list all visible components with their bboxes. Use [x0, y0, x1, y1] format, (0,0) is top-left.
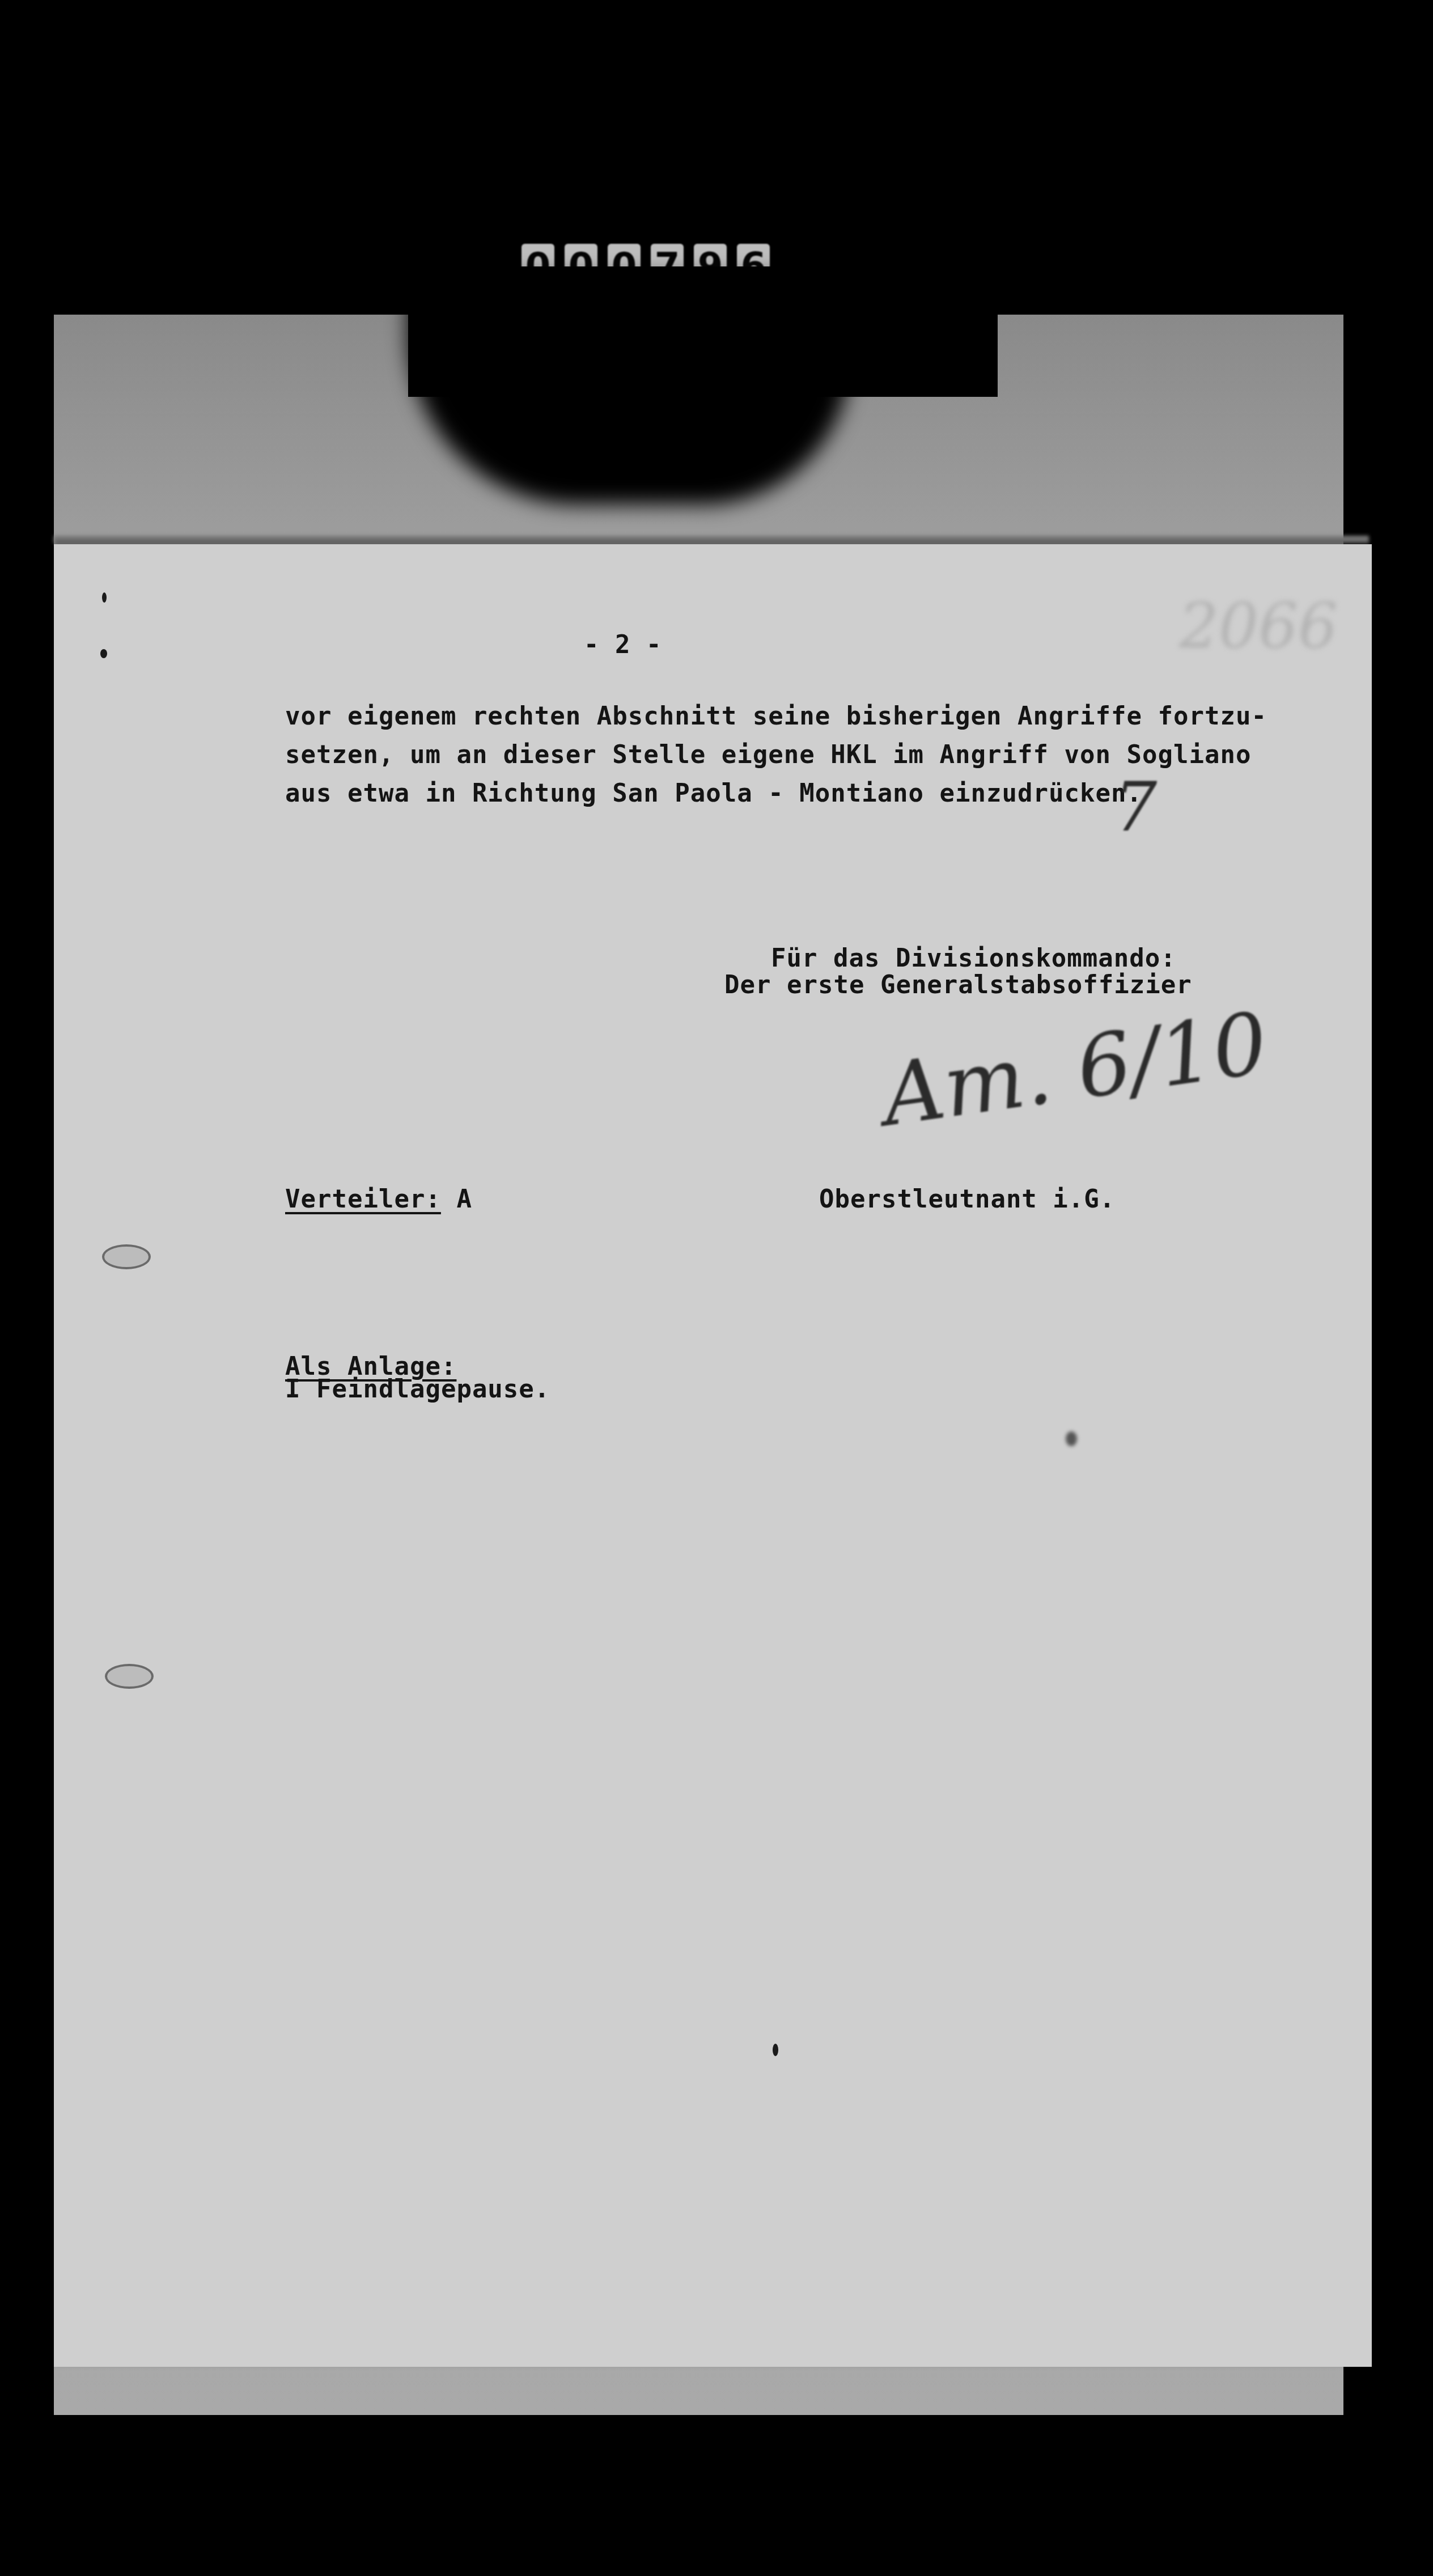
handwritten-initial: 7 [1114, 768, 1157, 847]
distribution-value: A [441, 1185, 472, 1214]
attachment-item: I Feindlagepause. [285, 1375, 550, 1404]
distribution-label: Verteiler: [285, 1185, 441, 1214]
margin-speck [102, 592, 107, 603]
distribution-line: Verteiler: A [285, 1185, 472, 1214]
body-text-line: setzen, um an dieser Stelle eigene HKL i… [285, 740, 1251, 769]
punch-hole-icon [102, 1244, 151, 1269]
ink-speck [773, 2044, 778, 2056]
ink-smudge [1066, 1431, 1077, 1446]
margin-speck [100, 649, 107, 658]
page-number: - 2 - [584, 630, 662, 659]
signature-line-2: Der erste Generalstabsoffizier [724, 971, 1192, 999]
body-text-line: aus etwa in Richtung San Paola - Montian… [285, 779, 1142, 808]
signer-rank: Oberstleutnant i.G. [819, 1185, 1115, 1214]
signature-line-1: Für das Divisionskommando: [771, 944, 1176, 973]
body-text-line: vor eigenem rechten Abschnitt seine bish… [285, 702, 1267, 731]
faint-corner-mark: 2066 [1179, 590, 1338, 662]
page-edge-shadow [54, 536, 1369, 544]
document-page [54, 544, 1372, 2367]
punch-hole-icon [105, 1664, 154, 1689]
